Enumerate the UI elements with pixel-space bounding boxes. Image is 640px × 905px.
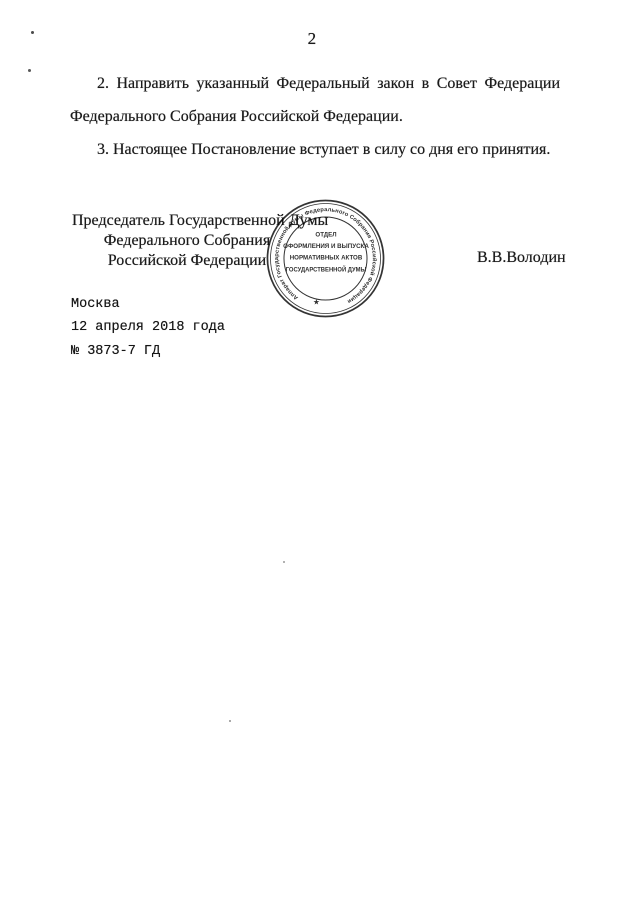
official-stamp: Аппарат Государственной Думы Федеральног…: [260, 193, 391, 324]
dateline-block: Москва 12 апреля 2018 года № 3873-7 ГД: [71, 293, 225, 363]
stamp-center-line-4: ГОСУДАРСТВЕННОЙ ДУМЫ: [286, 264, 367, 273]
dateline-date: 12 апреля 2018 года: [71, 316, 225, 339]
page-number: 2: [0, 29, 624, 49]
paragraph-2-line-1: 2. Направить указанный Федеральный закон…: [70, 67, 560, 100]
scan-speck: [28, 69, 31, 72]
stamp-center-line-2: ОФОРМЛЕНИЯ И ВЫПУСКА: [283, 243, 369, 250]
dateline-number: № 3873-7 ГД: [71, 340, 225, 363]
paragraph-2-line-2: Федерального Собрания Российской Федерац…: [70, 100, 560, 133]
stamp-center-line-1: ОТДЕЛ: [315, 231, 336, 238]
resolution-body: 2. Направить указанный Федеральный закон…: [70, 67, 560, 166]
stamp-star-icon: ★: [313, 297, 320, 306]
document-page: 2 2. Направить указанный Федеральный зак…: [0, 0, 640, 905]
signature-name: В.В.Володин: [477, 248, 566, 268]
scan-speck: [229, 720, 231, 722]
paragraph-3: 3. Настоящее Постановление вступает в си…: [70, 133, 560, 166]
scan-speck: [283, 561, 285, 563]
stamp-center-line-3: НОРМАТИВНЫХ АКТОВ: [290, 255, 363, 262]
dateline-city: Москва: [71, 293, 225, 316]
